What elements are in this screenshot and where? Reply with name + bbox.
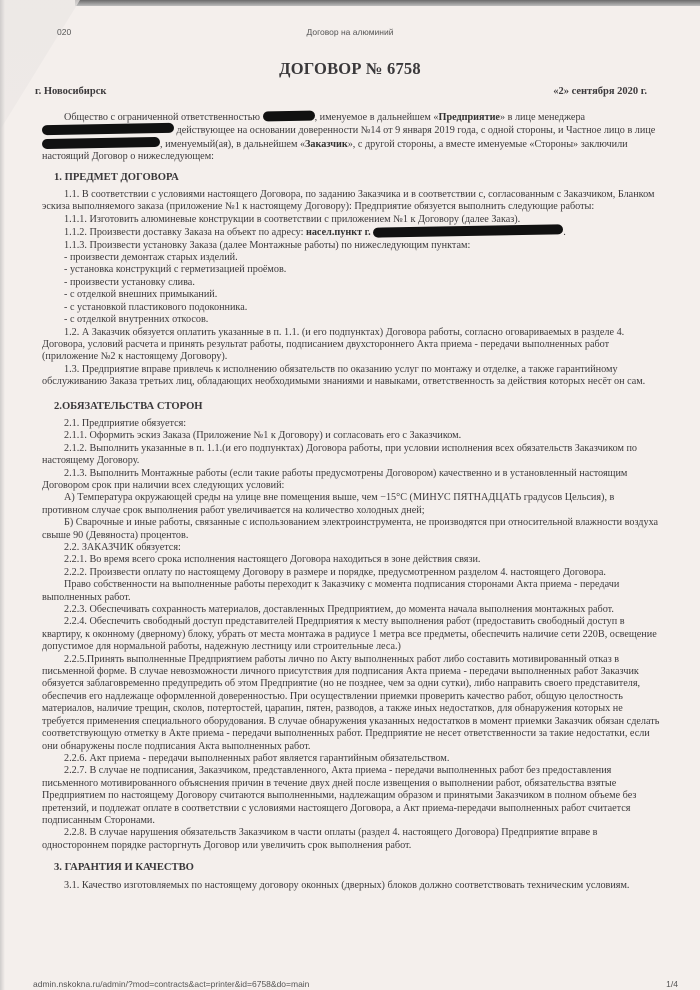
contract-date: «2» сентября 2020 г.	[553, 86, 647, 97]
clause: 2.2. ЗАКАЗЧИК обязуется:	[42, 542, 662, 554]
clause: 2.2.4. Обеспечить свободный доступ предс…	[42, 616, 662, 653]
clause: 2.2.3. Обеспечивать сохранность материал…	[42, 604, 662, 616]
redaction-mark	[373, 225, 563, 238]
clause: 1.2. А Заказчик обязуется оплатить указа…	[42, 327, 662, 364]
contract-city: г. Новосибирск	[35, 86, 106, 97]
contract-title: ДОГОВОР № 6758	[0, 59, 700, 79]
clause: 1.1.3. Произвести установку Заказа (дале…	[42, 240, 662, 252]
clause: 2.2.2. Произвести оплату по настоящему Д…	[42, 567, 662, 579]
clause: 1.1.1. Изготовить алюминевые конструкции…	[42, 214, 662, 226]
redaction-mark	[42, 137, 160, 149]
clause: 2.1. Предприятие обязуется:	[42, 418, 662, 430]
clause: А) Температура окружающей среды на улице…	[42, 492, 662, 517]
clause: 1.3. Предприятие вправе привлечь к испол…	[42, 364, 662, 389]
redaction-mark	[262, 111, 314, 122]
clause: Право собственности на выполненные работ…	[42, 579, 662, 604]
clause: 3.1. Качество изготовляемых по настоящем…	[42, 880, 662, 892]
clause: 2.1.2. Выполнить указанные в п. 1.1.(и е…	[42, 443, 662, 468]
clause: 2.2.1. Во время всего срока исполнения н…	[42, 554, 662, 566]
preamble: Общество с ограниченной ответственностью…	[42, 111, 662, 164]
clause: 2.2.7. В случае не подписания, Заказчико…	[42, 765, 662, 827]
clause: 2.1.1. Оформить эскиз Заказа (Приложение…	[42, 430, 662, 442]
print-page-title: Договор на алюминий	[0, 27, 700, 37]
list-item: - произвести демонтаж старых изделий.	[42, 252, 662, 264]
page-number: 1/4	[666, 979, 678, 989]
list-item: - установка конструкций с герметизацией …	[42, 264, 662, 276]
clause: 2.2.5.Принять выполненные Предприятием р…	[42, 654, 662, 753]
section-heading: 3. ГАРАНТИЯ И КАЧЕСТВО	[54, 862, 662, 874]
clause: 1.1. В соответствии с условиями настояще…	[42, 189, 662, 214]
clause: 2.1.3. Выполнить Монтажные работы (если …	[42, 468, 662, 493]
scan-edge-top	[75, 0, 700, 6]
redaction-mark	[42, 123, 174, 135]
list-item: - с установкой пластикового подоконника.	[42, 302, 662, 314]
clause: 2.2.8. В случае нарушения обязательств З…	[42, 827, 662, 852]
list-item: - произвести установку слива.	[42, 277, 662, 289]
clause: Б) Сварочные и иные работы, связанные с …	[42, 517, 662, 542]
scan-edge-left	[0, 0, 5, 990]
section-heading: 2.ОБЯЗАТЕЛЬСТВА СТОРОН	[54, 401, 662, 413]
clause-address: 1.1.2. Произвести доставку Заказа на объ…	[42, 226, 662, 239]
clause: 2.2.6. Акт приема - передачи выполненных…	[42, 753, 662, 765]
contract-body: Общество с ограниченной ответственностью…	[42, 111, 662, 892]
list-item: - с отделкой внешних примыканий.	[42, 289, 662, 301]
section-heading: 1. ПРЕДМЕТ ДОГОВОРА	[54, 172, 662, 184]
print-url: admin.nskokna.ru/admin/?mod=contracts&ac…	[33, 979, 309, 989]
list-item: - с отделкой внутренних откосов.	[42, 314, 662, 326]
